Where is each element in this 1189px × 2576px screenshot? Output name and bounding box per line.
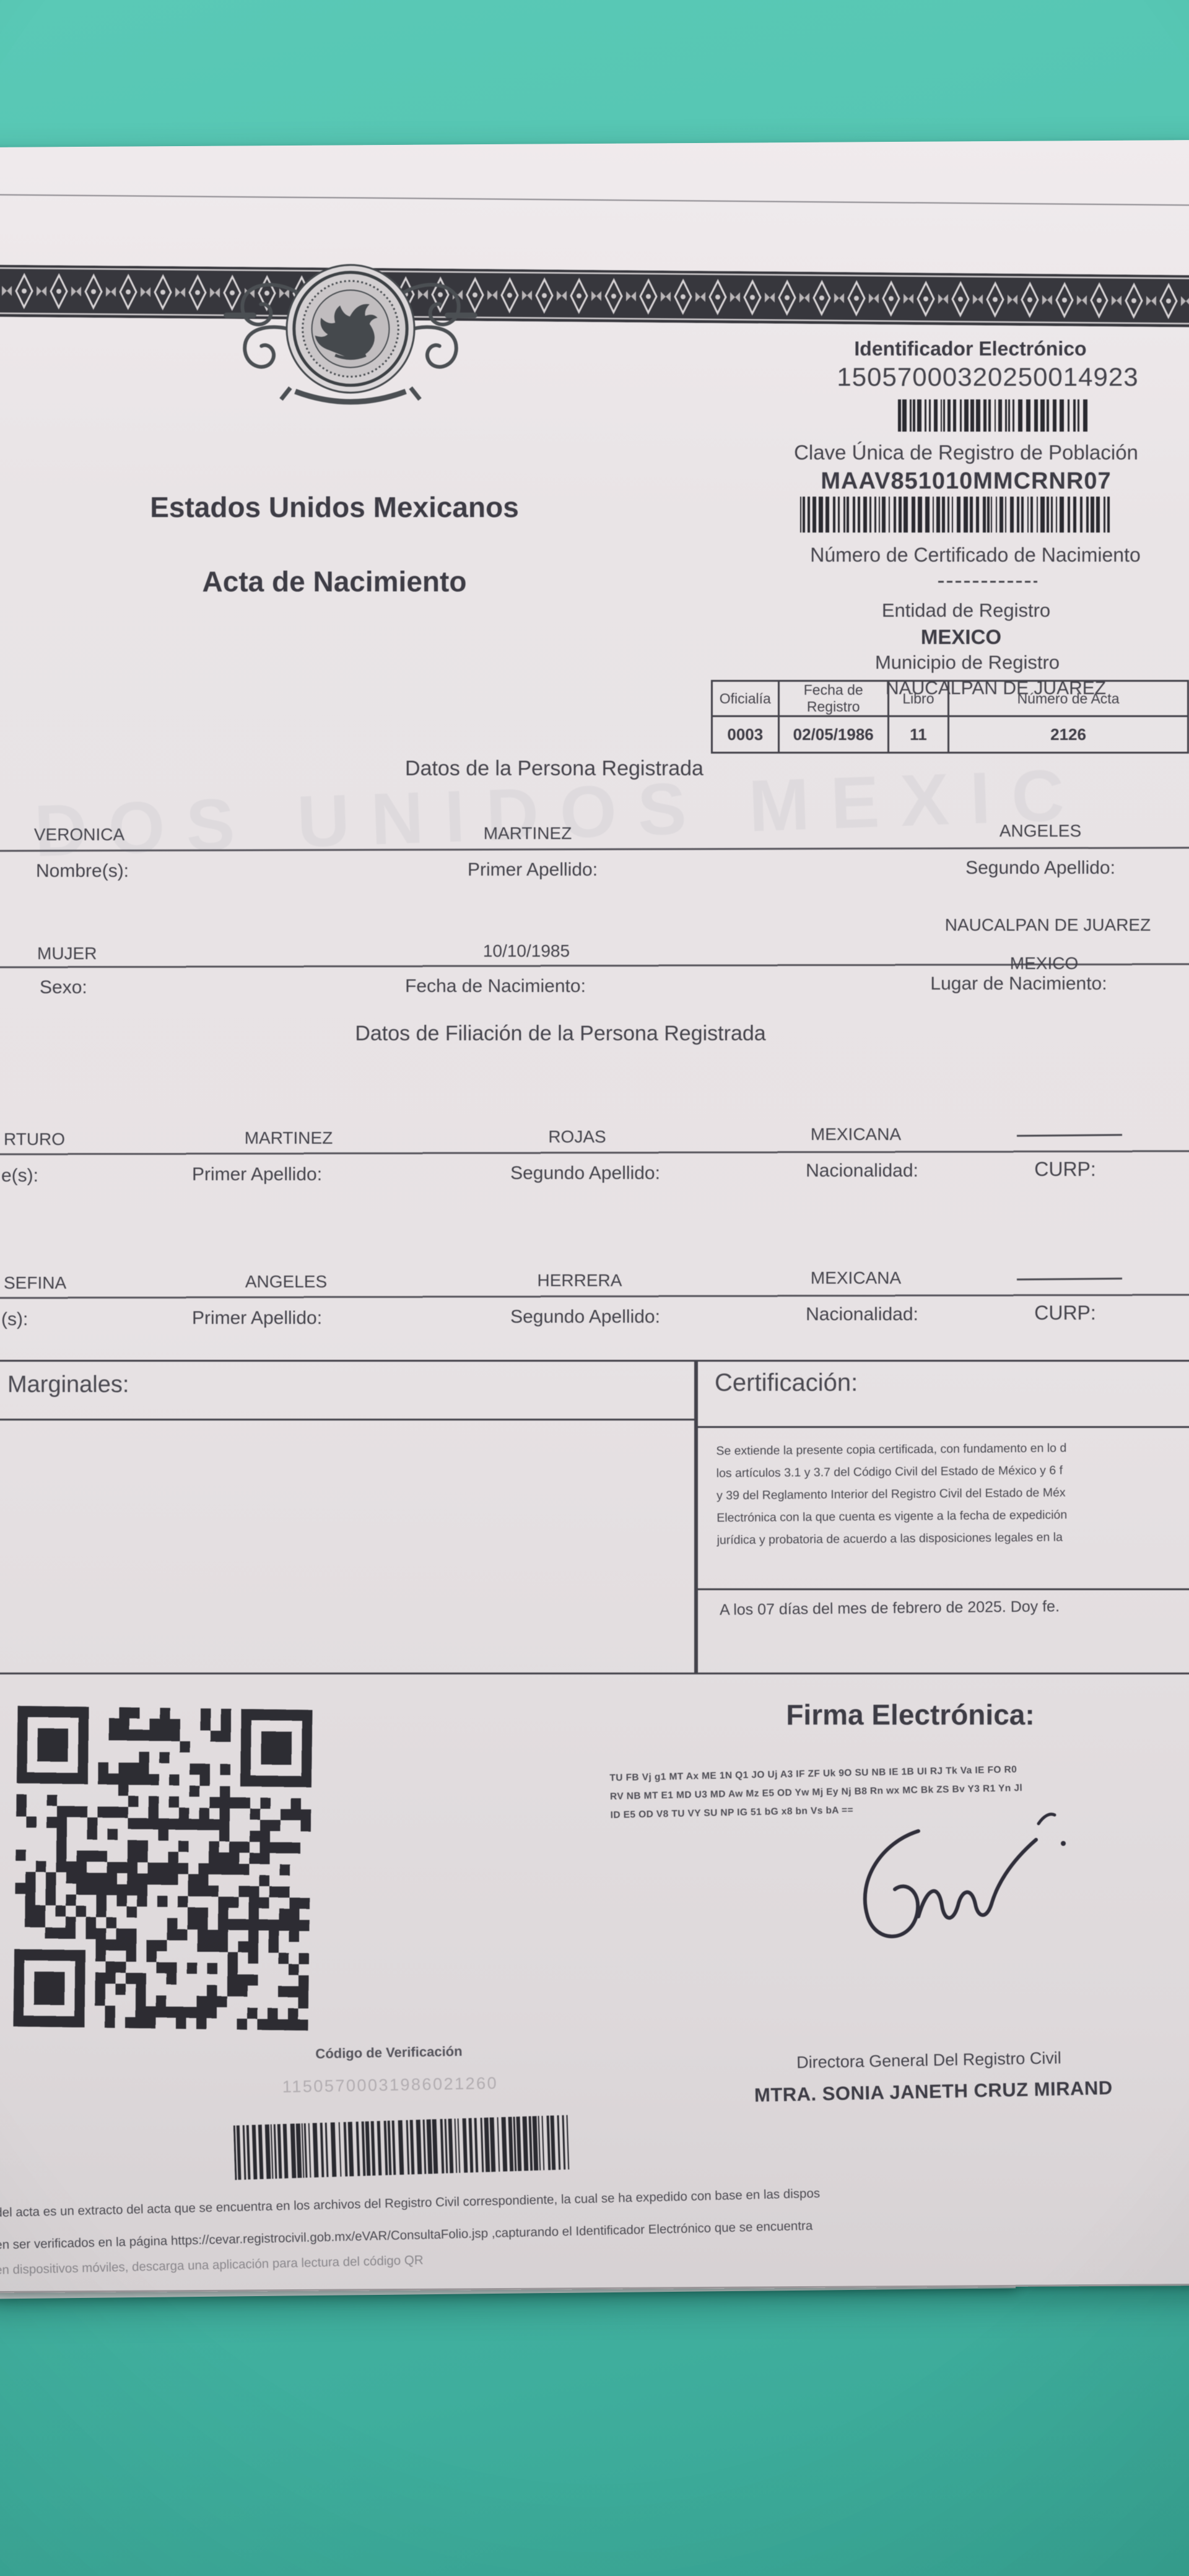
- mother-second-surname-label: Segundo Apellido:: [510, 1307, 660, 1328]
- certification-title: Certificación:: [715, 1369, 858, 1397]
- certificate-content: DOS UNIDOS MEXIC: [0, 0, 1189, 2576]
- father-nationality-value: MEXICANA: [811, 1125, 901, 1144]
- section-title-filiation: Datos de Filiación de la Persona Registr…: [355, 1022, 765, 1046]
- signer-name: MTRA. SONIA JANETH CRUZ MIRAND: [754, 2077, 1113, 2107]
- signer-title: Directora General Del Registro Civil: [796, 2048, 1061, 2072]
- security-watermark: DOS UNIDOS MEXIC: [33, 752, 1087, 873]
- electronic-signature-title: Firma Electrónica:: [786, 1698, 1034, 1731]
- mother-curp-blank: [1017, 1277, 1122, 1280]
- col-libro: Libro: [888, 681, 948, 716]
- col-fecha-registro: Fecha de Registro: [778, 681, 888, 716]
- registry-data-table: Oficialía Fecha de Registro Libro Número…: [711, 680, 1189, 754]
- father-nationality-label: Nacionalidad:: [806, 1160, 918, 1181]
- municipality-label: Municipio de Registro: [875, 651, 1060, 674]
- electronic-id-barcode: [898, 399, 1090, 432]
- curp-value: MAAV851010MMCRNR07: [821, 468, 1111, 495]
- mother-name-value: SEFINA: [4, 1273, 66, 1293]
- birth-place-label: Lugar de Nacimiento:: [930, 973, 1107, 994]
- ornate-border-band: [0, 264, 1189, 328]
- document-title: Acta de Nacimiento: [203, 565, 467, 598]
- marginales-box: Marginales:: [0, 1360, 698, 1674]
- father-name-value: RTURO: [4, 1129, 65, 1149]
- father-second-surname-label: Segundo Apellido:: [510, 1163, 660, 1184]
- person-second-surname-label: Segundo Apellido:: [965, 858, 1115, 879]
- fecha-registro-value: 02/05/1986: [778, 716, 888, 753]
- row-rule: [0, 1294, 1189, 1299]
- photo-of-birth-certificate: DOS UNIDOS MEXIC: [0, 0, 1189, 2576]
- mother-first-surname-value: ANGELES: [245, 1272, 327, 1292]
- paper-fold-line: [0, 194, 1189, 206]
- birth-cert-number-label: Número de Certificado de Nacimiento: [810, 544, 1141, 567]
- curp-barcode: [800, 497, 1110, 533]
- oficialia-value: 0003: [712, 716, 779, 753]
- electronic-id-label: Identificador Electrónico: [854, 337, 1086, 360]
- verification-code-label: Código de Verificación: [315, 2043, 463, 2062]
- mother-nationality-value: MEXICANA: [811, 1268, 901, 1288]
- mother-first-surname-label: Primer Apellido:: [192, 1308, 322, 1329]
- verification-code-value: 11505700031986021260: [282, 2074, 499, 2097]
- birth-place-line1: NAUCALPAN DE JUAREZ: [945, 915, 1151, 935]
- verification-barcode: [233, 2115, 569, 2180]
- sex-label: Sexo:: [40, 977, 87, 998]
- mother-name-label: (s):: [1, 1309, 28, 1330]
- mexico-eagle-emblem: [209, 237, 492, 421]
- sex-value: MUJER: [37, 944, 97, 964]
- entity-value: MEXICO: [921, 625, 1001, 649]
- person-first-surname-label: Primer Apellido:: [468, 859, 598, 881]
- mother-second-surname-value: HERRERA: [538, 1271, 622, 1290]
- electronic-id-value: 15057000320250014923: [837, 362, 1138, 392]
- certification-date-line: A los 07 días del mes de febrero de 2025…: [720, 1598, 1060, 1619]
- certification-body: Se extiende la presente copia certificad…: [716, 1436, 1189, 1552]
- curp-label: Clave Única de Registro de Población: [794, 441, 1138, 464]
- entity-label: Entidad de Registro: [882, 599, 1050, 622]
- birth-cert-number-blank: [938, 581, 1037, 583]
- marginales-header: Marginales:: [0, 1362, 696, 1421]
- libro-value: 11: [888, 716, 948, 753]
- birth-date-label: Fecha de Nacimiento:: [405, 976, 586, 997]
- birth-date-value: 10/10/1985: [483, 941, 570, 961]
- numero-acta-value: 2126: [949, 716, 1188, 753]
- father-curp-label: CURP:: [1034, 1158, 1096, 1181]
- footer-line-3: en dispositivos móviles, descarga una ap…: [0, 2250, 552, 2278]
- row-rule: [0, 1150, 1189, 1155]
- certification-divider: [696, 1588, 1189, 1590]
- marginales-title: Marginales:: [7, 1372, 129, 1398]
- father-curp-blank: [1017, 1134, 1122, 1136]
- certification-header: Certificación:: [696, 1362, 1189, 1428]
- mother-nationality-label: Nacionalidad:: [806, 1304, 918, 1325]
- col-oficialia: Oficialía: [712, 681, 779, 716]
- father-first-surname-label: Primer Apellido:: [192, 1164, 322, 1185]
- handwritten-signature: [759, 1799, 1074, 2016]
- father-name-label: e(s):: [1, 1165, 38, 1186]
- father-second-surname-value: ROJAS: [548, 1127, 606, 1147]
- col-numero-acta: Número de Acta: [949, 681, 1188, 716]
- country-title: Estados Unidos Mexicanos: [150, 490, 519, 524]
- mother-curp-label: CURP:: [1034, 1302, 1096, 1325]
- qr-code: [13, 1706, 312, 2031]
- father-first-surname-value: MARTINEZ: [245, 1128, 333, 1148]
